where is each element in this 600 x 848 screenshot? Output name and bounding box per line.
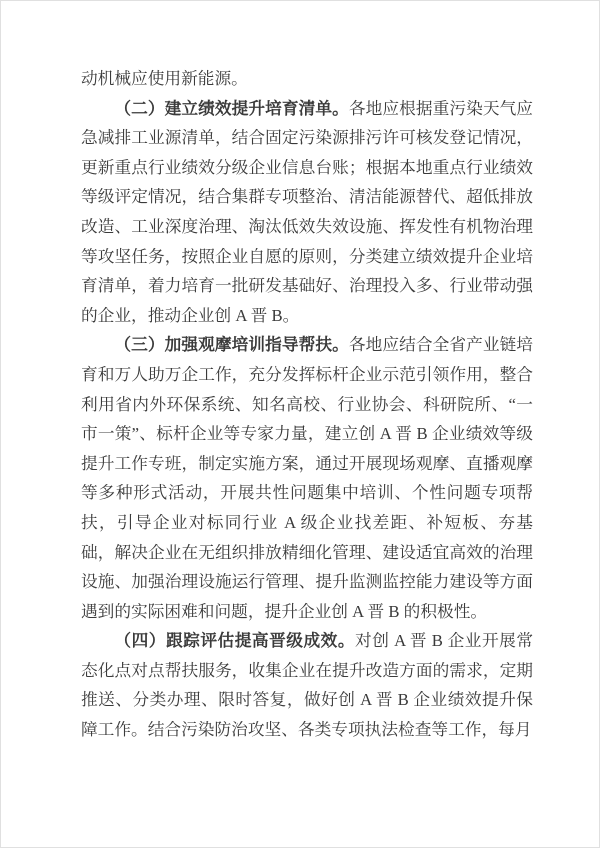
paragraph-body: 各地应根据重污染天气应急减排工业源清单，结合固定污染源排污许可核发登记情况，更新…	[81, 99, 533, 325]
paragraph-section-4: （四）跟踪评估提高晋级成效。对创 A 晋 B 企业开展常态化点对点帮扶服务，收集…	[81, 626, 533, 744]
section-heading: （二）建立绩效提升培育清单。	[114, 99, 348, 118]
paragraph-body: 各地应结合全省产业链培育和万人助万企工作，充分发挥标杆企业示范引领作用，整合利用…	[81, 335, 533, 620]
section-heading: （三）加强观摩培训指导帮扶。	[114, 335, 348, 354]
document-text-block: 动机械应使用新能源。 （二）建立绩效提升培育清单。各地应根据重污染天气应急减排工…	[81, 64, 533, 745]
paragraph-continuation: 动机械应使用新能源。	[81, 64, 533, 94]
paragraph-section-3: （三）加强观摩培训指导帮扶。各地应结合全省产业链培育和万人助万企工作，充分发挥标…	[81, 330, 533, 626]
section-heading: （四）跟踪评估提高晋级成效。	[114, 631, 355, 650]
paragraph-section-2: （二）建立绩效提升培育清单。各地应根据重污染天气应急减排工业源清单，结合固定污染…	[81, 94, 533, 331]
document-page: 动机械应使用新能源。 （二）建立绩效提升培育清单。各地应根据重污染天气应急减排工…	[0, 0, 600, 848]
paragraph-body: 动机械应使用新能源。	[81, 69, 248, 88]
